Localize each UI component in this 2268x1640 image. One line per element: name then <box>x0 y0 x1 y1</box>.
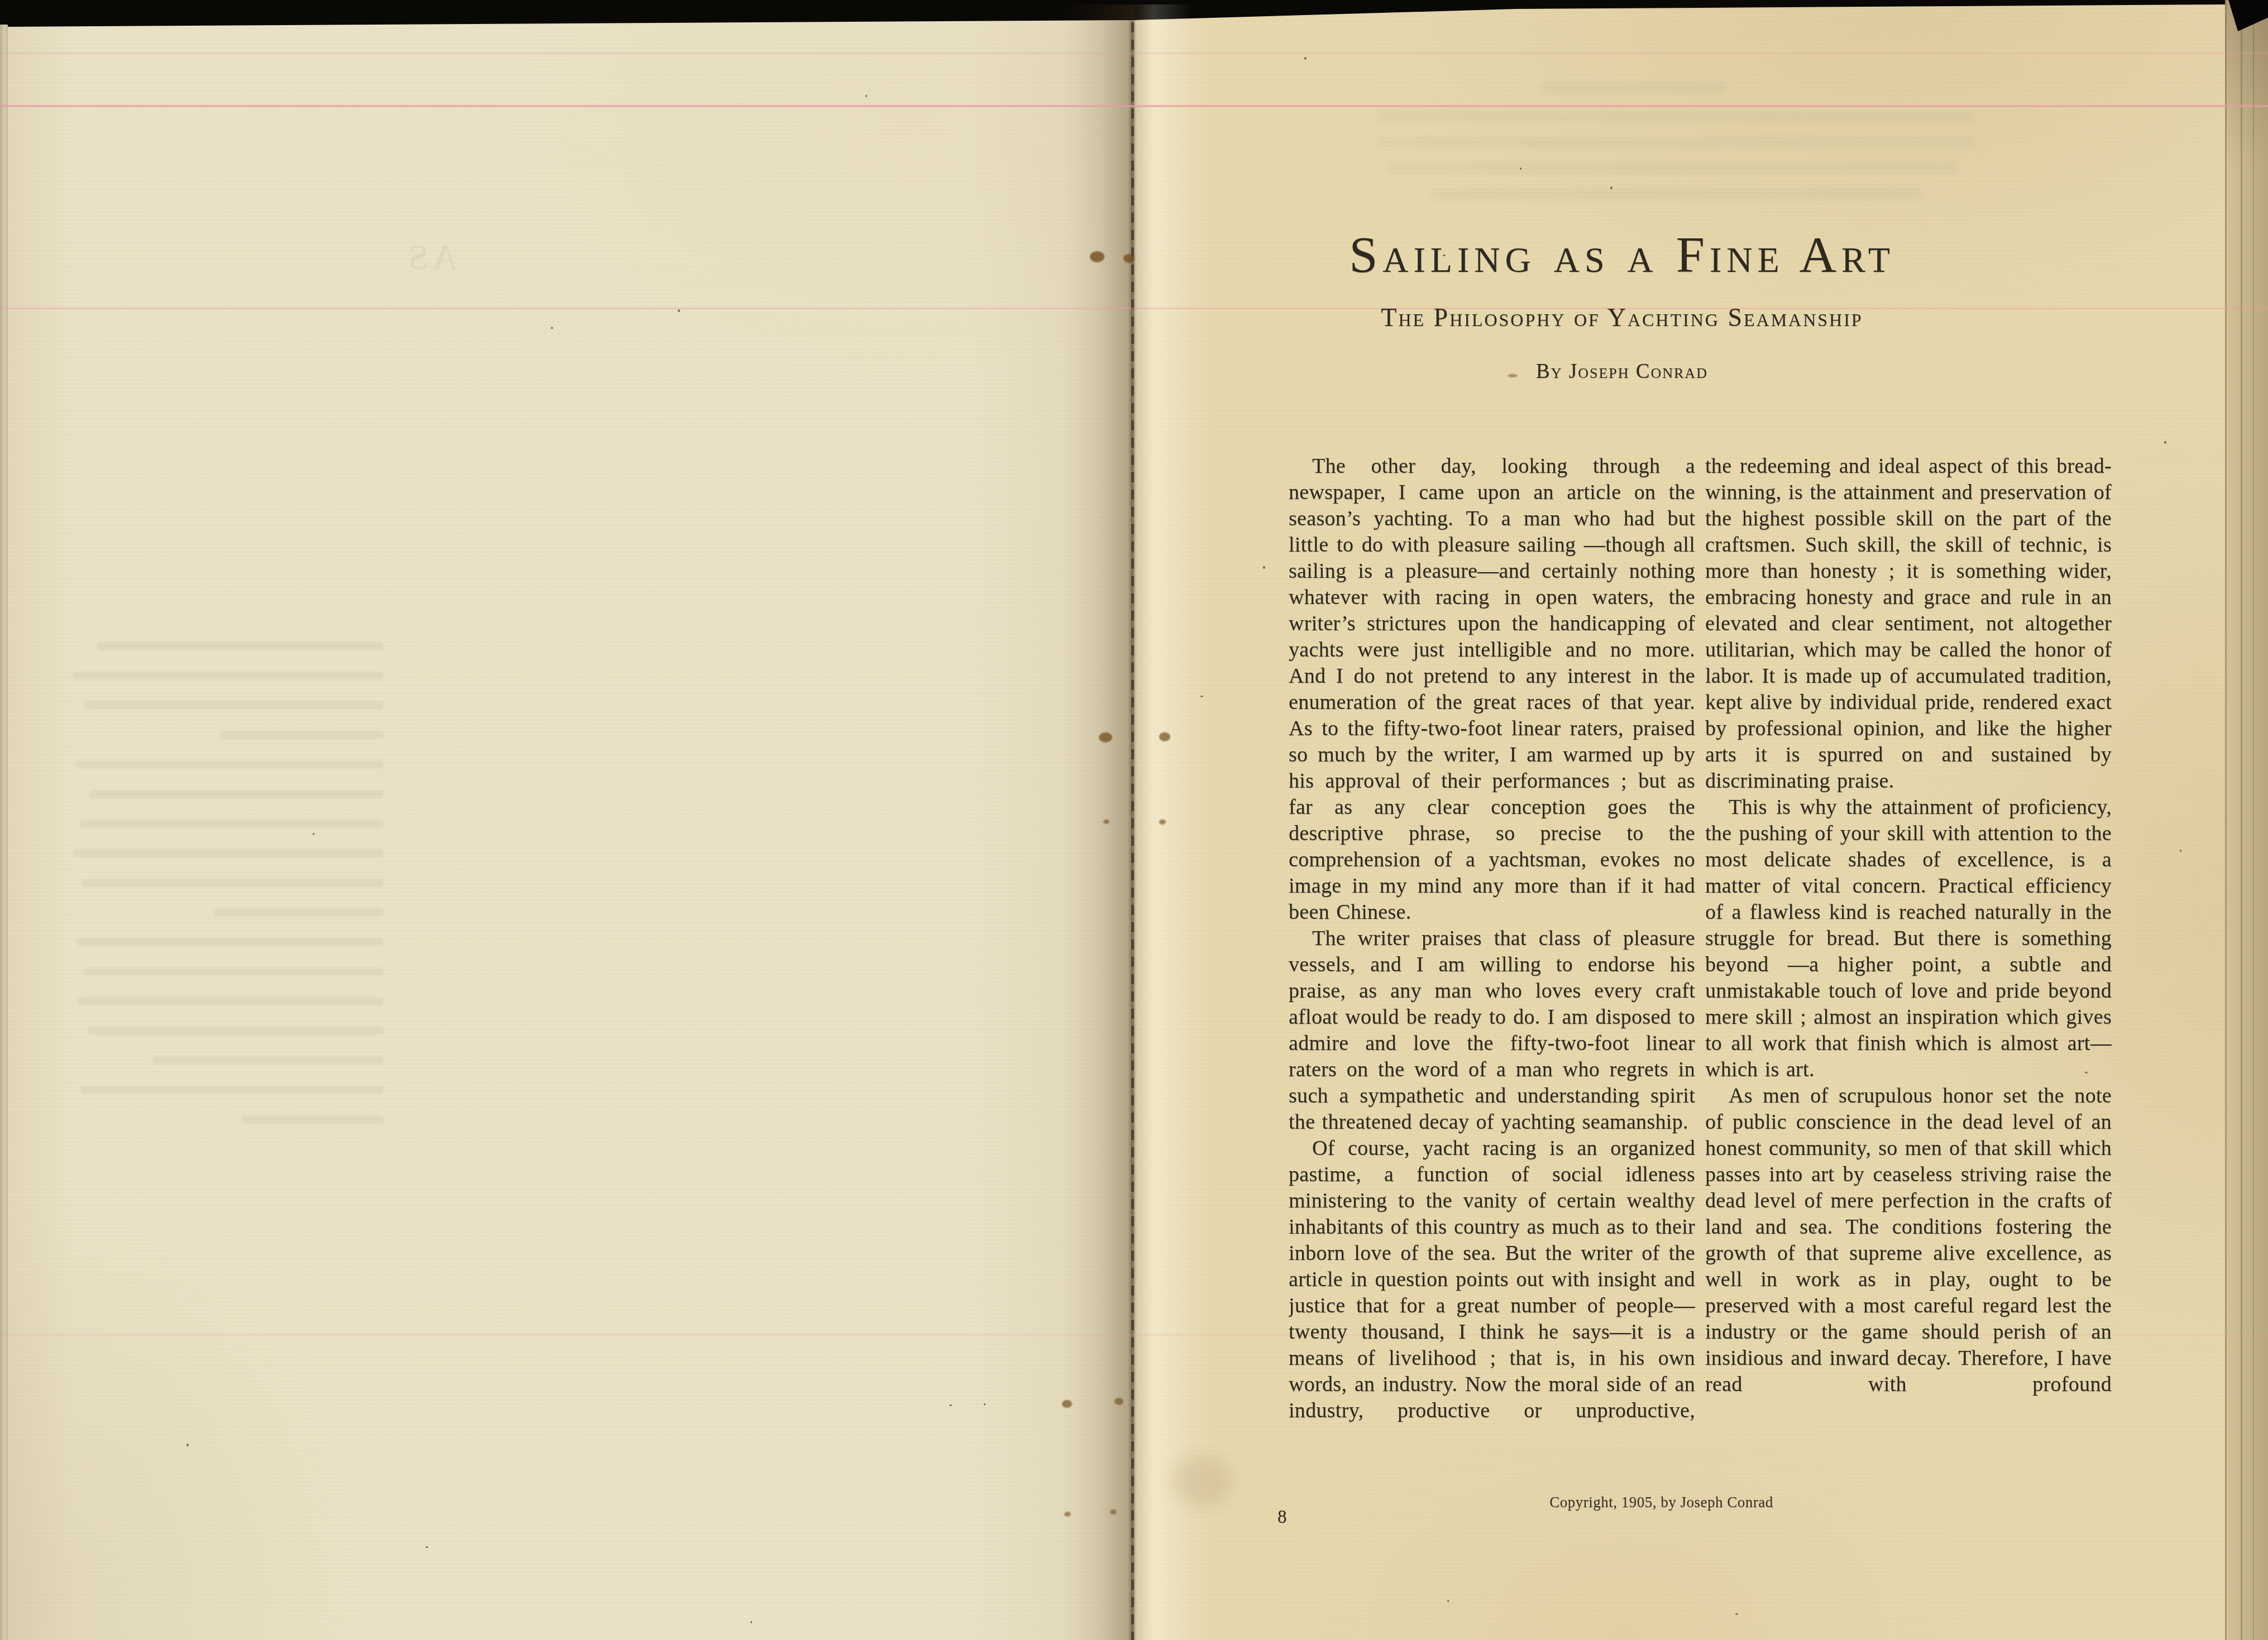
paragraph: As men of scrupulous honor set the note … <box>1705 1083 2112 1398</box>
article-title: Sailing as a Fine Art <box>1184 229 2060 280</box>
paragraph: the redeeming and ideal aspect of this b… <box>1705 453 2112 794</box>
article-byline: By Joseph Conrad <box>1184 361 2060 382</box>
article-heading: Sailing as a Fine Art The Philosophy of … <box>1184 229 2060 382</box>
paragraph: The writer praises that class of pleasur… <box>1289 926 1695 1135</box>
book-scan: AS Sailing as a Fine Art The Philosophy … <box>0 0 2268 1640</box>
paragraph: This is why the attainment of proficienc… <box>1705 794 2112 1083</box>
article-column-right: the redeeming and ideal aspect of this b… <box>1705 453 2112 1511</box>
left-blank-page <box>7 20 1135 1640</box>
article-subtitle: The Philosophy of Yachting Seamanship <box>1184 305 2060 330</box>
page-number: 8 <box>1277 1507 1287 1528</box>
right-page-edge-stack <box>2225 0 2268 1640</box>
book-left-edge <box>0 25 8 1640</box>
article-column-left: The other day, looking through a newspap… <box>1289 453 1695 1511</box>
binding-stitch-line <box>1131 22 1134 1640</box>
copyright-notice: Copyright, 1905, by Joseph Conrad <box>1289 1494 2034 1511</box>
paragraph: The other day, looking through a newspap… <box>1289 453 1695 926</box>
showthrough-text: AS <box>405 237 458 278</box>
paragraph: Of course, yacht racing is an organized … <box>1289 1135 1695 1424</box>
